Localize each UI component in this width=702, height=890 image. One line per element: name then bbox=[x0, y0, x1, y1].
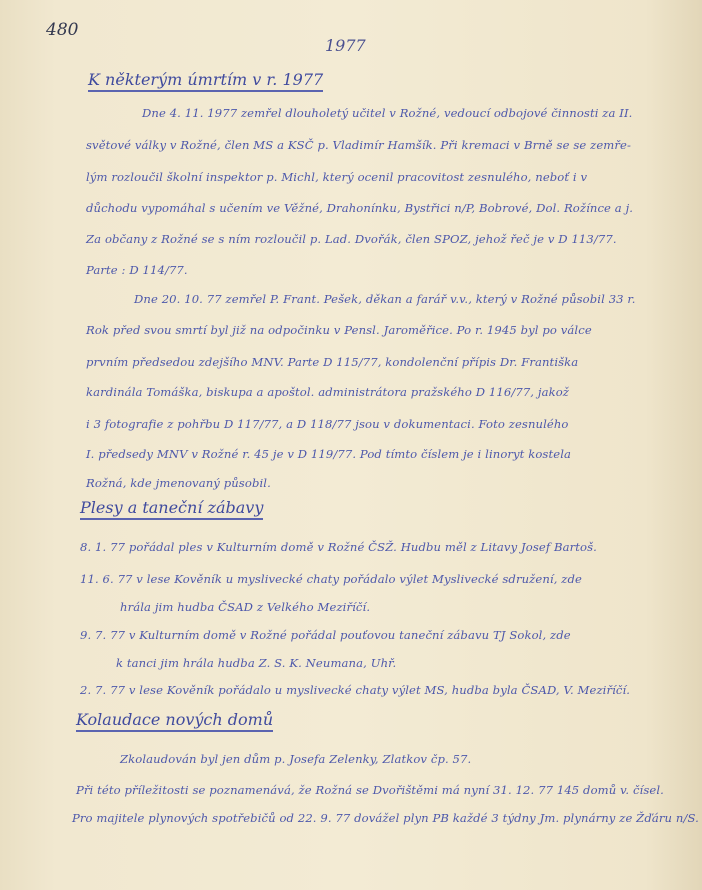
text-line: Dne 4. 11. 1977 zemřel dlouholetý učitel… bbox=[142, 106, 632, 120]
text-line: Rožná, kde jmenovaný působil. bbox=[86, 476, 271, 490]
section-heading-house-approvals: Kolaudace nových domů bbox=[76, 710, 273, 732]
text-line: světové války v Rožné, člen MS a KSČ p. … bbox=[86, 138, 631, 152]
text-line: lým rozloučil školní inspektor p. Michl,… bbox=[86, 170, 587, 184]
text-line: 8. 1. 77 pořádal ples v Kulturním domě v… bbox=[80, 540, 597, 554]
text-line: 2. 7. 77 v lese Kověník pořádalo u mysli… bbox=[80, 683, 630, 697]
text-line: důchodu vypomáhal s učením ve Věžné, Dra… bbox=[86, 201, 633, 215]
section-heading-balls: Plesy a taneční zábavy bbox=[80, 498, 263, 520]
text-line: 9. 7. 77 v Kulturním domě v Rožné pořáda… bbox=[80, 628, 571, 642]
text-line: Dne 20. 10. 77 zemřel P. Frant. Pešek, d… bbox=[134, 292, 636, 306]
page-number: 480 bbox=[46, 20, 78, 40]
text-line: hrála jim hudba ČSAD z Velkého Meziříčí. bbox=[120, 600, 370, 614]
text-line: prvním předsedou zdejšího MNV. Parte D 1… bbox=[86, 355, 578, 369]
text-line: Při této příležitosti se poznamenává, že… bbox=[76, 783, 664, 797]
text-line: Pro majitele plynových spotřebičů od 22.… bbox=[72, 811, 699, 825]
text-line: I. předsedy MNV v Rožné r. 45 je v D 119… bbox=[86, 447, 571, 461]
text-line: 11. 6. 77 v lese Kověník u myslivecké ch… bbox=[80, 572, 582, 586]
handwritten-chronicle-page: 480 1977 K některým úmrtím v r. 1977 Dne… bbox=[0, 0, 702, 890]
text-line: Rok před svou smrtí byl již na odpočinku… bbox=[86, 323, 592, 337]
text-line: Zkolaudován byl jen dům p. Josefa Zelenk… bbox=[120, 752, 471, 766]
text-line: k tanci jim hrála hudba Z. S. K. Neumana… bbox=[116, 656, 396, 670]
text-line: Parte : D 114/77. bbox=[86, 263, 188, 277]
section-heading-deaths: K některým úmrtím v r. 1977 bbox=[88, 70, 323, 92]
text-line: kardinála Tomáška, biskupa a apoštol. ad… bbox=[86, 385, 569, 399]
text-line: i 3 fotografie z pohřbu D 117/77, a D 11… bbox=[86, 417, 569, 431]
text-line: Za občany z Rožné se s ním rozloučil p. … bbox=[86, 232, 617, 246]
year-header: 1977 bbox=[325, 36, 366, 55]
